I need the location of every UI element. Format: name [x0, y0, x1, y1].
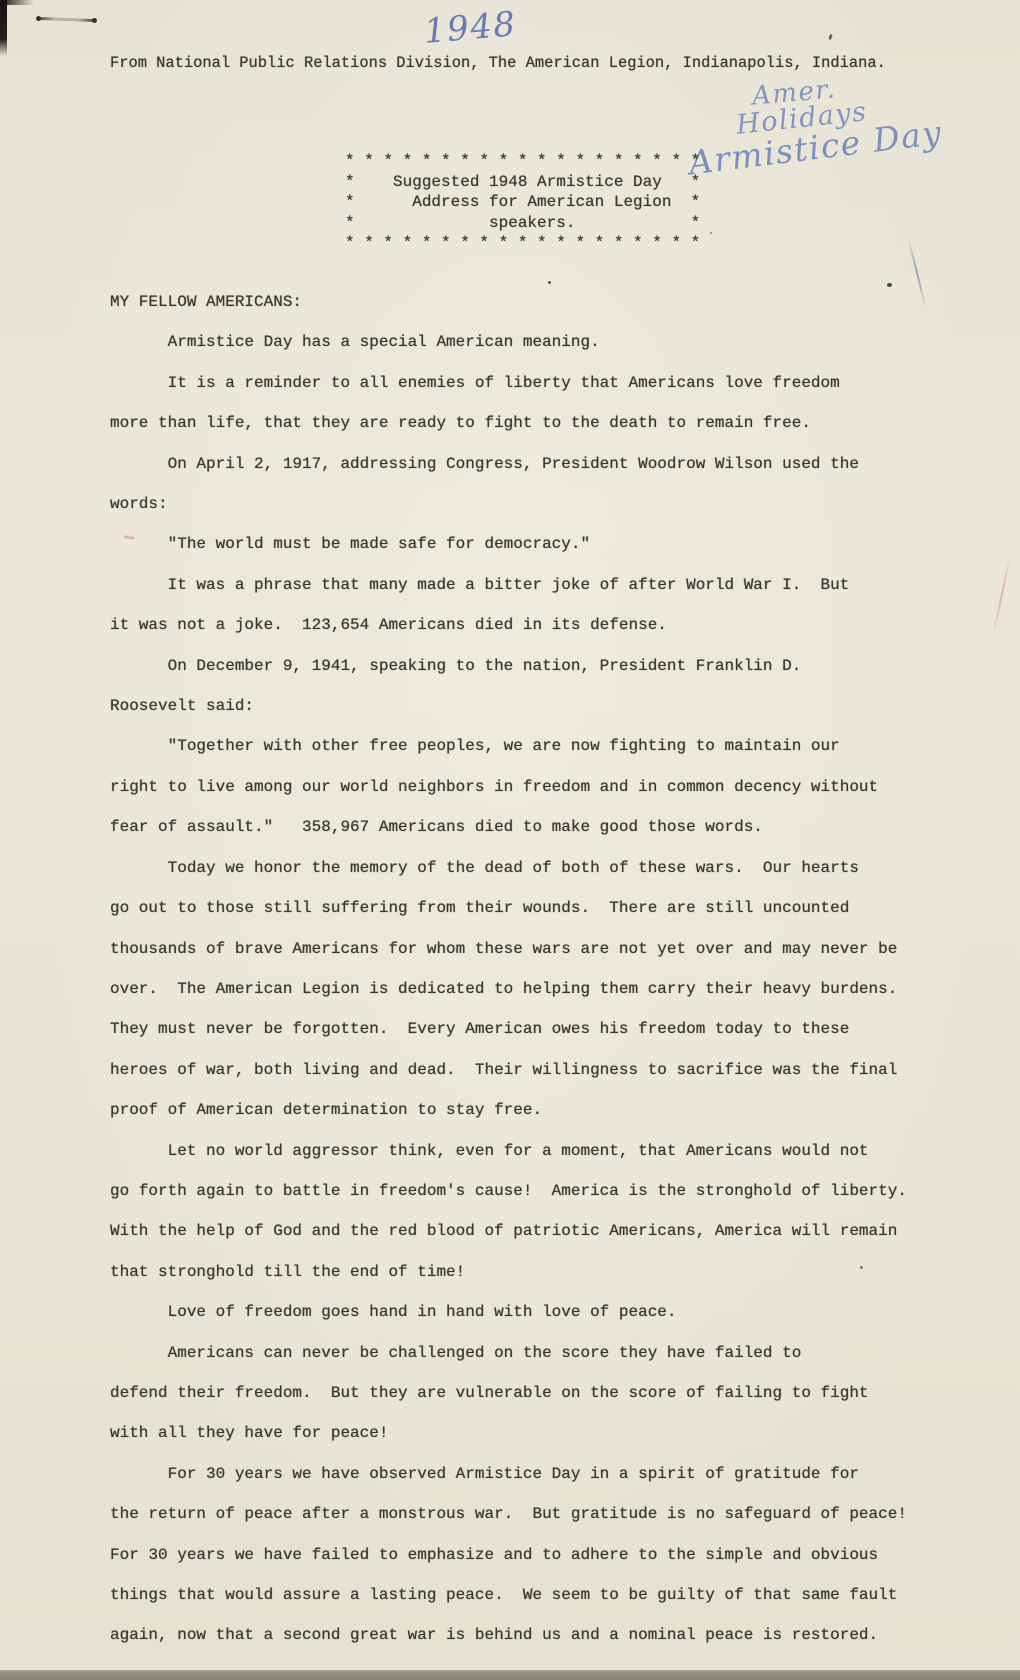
document-line: Love of freedom goes hand in hand with l…: [110, 1292, 907, 1332]
document-line: heroes of war, both living and dead. The…: [110, 1050, 907, 1090]
document-line: Roosevelt said:: [110, 686, 907, 726]
document-line: words:: [110, 484, 907, 524]
document-line: They must never be forgotten. Every Amer…: [110, 1009, 907, 1049]
document-line: It was a phrase that many made a bitter …: [110, 565, 907, 605]
document-page: 1948 Amer. Holidays Armistice Day From N…: [0, 0, 1020, 1680]
document-line: On April 2, 1917, addressing Congress, P…: [110, 444, 907, 484]
title-box-row: * * * * * * * * * * * * * * * * * * *: [345, 233, 700, 254]
staple-mark: [38, 17, 95, 22]
document-line: fear of assault." 358,967 Americans died…: [110, 807, 907, 847]
document-line: For 30 years we have failed to emphasize…: [110, 1535, 907, 1575]
scan-edge-bottom: [0, 1671, 1020, 1680]
document-line: It is a reminder to all enemies of liber…: [110, 363, 907, 403]
document-line: MY FELLOW AMERICANS:: [110, 282, 907, 322]
title-box-row: * Suggested 1948 Armistice Day *: [345, 172, 700, 193]
document-body: MY FELLOW AMERICANS: Armistice Day has a…: [110, 282, 907, 1656]
document-line: Today we honor the memory of the dead of…: [110, 848, 907, 888]
title-box-row: * Address for American Legion *: [345, 192, 700, 213]
title-box: * * * * * * * * * * * * * * * * * * ** S…: [345, 151, 700, 254]
document-line: For 30 years we have observed Armistice …: [110, 1454, 907, 1494]
document-line: Let no world aggressor think, even for a…: [110, 1131, 907, 1171]
document-line: proof of American determination to stay …: [110, 1090, 907, 1130]
document-line: with all they have for peace!: [110, 1413, 907, 1453]
document-line: go forth again to battle in freedom's ca…: [110, 1171, 907, 1211]
document-line: that stronghold till the end of time!: [110, 1252, 907, 1292]
document-line: Armistice Day has a special American mea…: [110, 322, 907, 362]
title-box-row: * speakers. *: [345, 213, 700, 234]
paper-speck: [710, 232, 712, 234]
document-line: defend their freedom. But they are vulne…: [110, 1373, 907, 1413]
document-source-line: From National Public Relations Division,…: [110, 54, 886, 72]
document-line: it was not a joke. 123,654 Americans die…: [110, 605, 907, 645]
scan-edge-left: [0, 0, 7, 56]
document-line: On December 9, 1941, speaking to the nat…: [110, 646, 907, 686]
red-scratch-mark: [994, 559, 1011, 630]
document-line: With the help of God and the red blood o…: [110, 1211, 907, 1251]
document-line: thousands of brave Americans for whom th…: [110, 929, 907, 969]
document-line: the return of peace after a monstrous wa…: [110, 1494, 907, 1534]
document-line: go out to those still suffering from the…: [110, 888, 907, 928]
paper-speck: [828, 34, 833, 41]
document-line: more than life, that they are ready to f…: [110, 403, 907, 443]
document-line: "The world must be made safe for democra…: [110, 524, 907, 564]
document-line: over. The American Legion is dedicated t…: [110, 969, 907, 1009]
pen-scratch-mark: [908, 241, 926, 306]
scan-edge-top: [0, 0, 34, 5]
handwritten-year-note: 1948: [422, 4, 518, 52]
document-line: things that would assure a lasting peace…: [110, 1575, 907, 1615]
document-line: again, now that a second great war is be…: [110, 1615, 907, 1655]
document-line: right to live among our world neighbors …: [110, 767, 907, 807]
document-line: Americans can never be challenged on the…: [110, 1333, 907, 1373]
document-line: "Together with other free peoples, we ar…: [110, 726, 907, 766]
title-box-row: * * * * * * * * * * * * * * * * * * *: [345, 151, 700, 172]
